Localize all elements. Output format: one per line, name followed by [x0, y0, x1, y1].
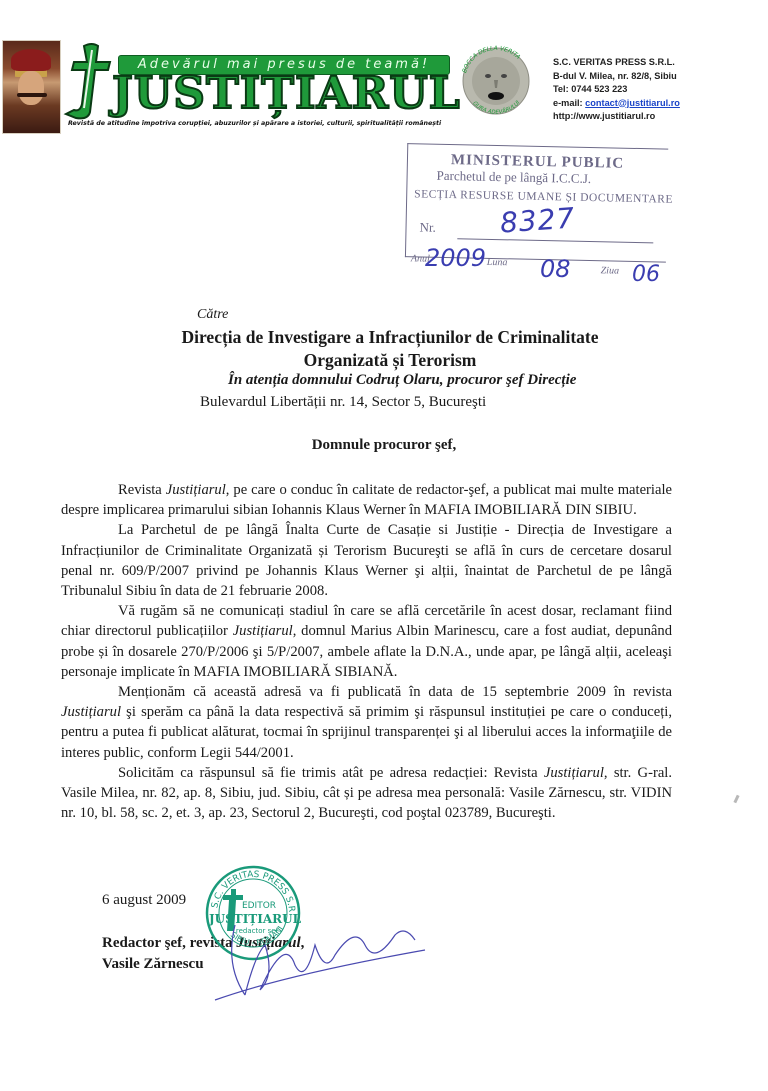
recipient-institution: Direcția de Investigare a Infracțiunilor… — [150, 326, 630, 372]
attention-line: În atenția domnului Codruț Olaru, procur… — [228, 372, 576, 389]
company-address: B-dul V. Milea, nr. 82/8, Sibiu — [553, 70, 680, 84]
masthead-title: JUSTIȚIARUL — [112, 68, 461, 120]
company-phone: Tel: 0744 523 223 — [553, 83, 680, 97]
handwritten-day: 06 — [632, 262, 660, 287]
recipient-address: Bulevardul Libertății nr. 14, Sector 5, … — [200, 394, 486, 411]
signature-name: Vasile Zărnescu — [102, 956, 204, 973]
paragraph: Menționăm că această adresă va fi public… — [61, 682, 672, 763]
paragraph: Vă rugăm să ne comunicați stadiul în car… — [61, 601, 672, 682]
letter-date: 6 august 2009 — [102, 892, 186, 909]
masthead-tagline: Revistă de atitudine împotriva corupției… — [68, 120, 441, 127]
vlad-portrait-image — [2, 40, 61, 134]
scan-speck — [733, 795, 739, 804]
email-link[interactable]: contact@justitiarul.ro — [585, 98, 680, 108]
portrait-hat — [11, 49, 51, 71]
to-label: Către — [197, 307, 228, 323]
bocca-della-verita-emblem-icon: BOCCA DELLA VERITA GURA ADEVĂRULUI — [455, 40, 537, 122]
company-contact-block: S.C. VERITAS PRESS S.R.L. B-dul V. Milea… — [553, 56, 680, 124]
stamp-nr-label: Nr. — [419, 219, 436, 235]
handwritten-month: 08 — [540, 255, 571, 283]
stamp-month-label: Luna — [487, 257, 508, 268]
recipient-line-1: Direcția de Investigare a Infracțiunilor… — [150, 326, 630, 349]
recipient-line-2: Organizată și Terorism — [150, 349, 630, 372]
sword-cross-logo-icon — [62, 42, 114, 120]
stamp-prosecutor-office: Parchetul de pe lângă I.C.C.J. — [436, 168, 591, 187]
stamp-day-label: Ziua — [601, 265, 620, 276]
company-email-row: e-mail: contact@justitiarul.ro — [553, 97, 680, 111]
portrait-mustache — [17, 93, 47, 97]
email-label: e-mail: — [553, 98, 585, 108]
letter-body: Revista Justițiarul, pe care o conduc în… — [61, 480, 672, 823]
company-website[interactable]: http://www.justitiarul.ro — [553, 110, 680, 124]
paragraph: Solicităm ca răspunsul să fie trimis atâ… — [61, 763, 672, 824]
company-name: S.C. VERITAS PRESS S.R.L. — [553, 56, 680, 70]
handwritten-registry-number: 8327 — [499, 201, 576, 239]
handwritten-signature — [205, 905, 445, 1005]
portrait-face — [18, 71, 44, 105]
greeting: Domnule procuror şef, — [0, 437, 768, 454]
paragraph: Revista Justițiarul, pe care o conduc în… — [61, 480, 672, 520]
handwritten-year: 2009 — [425, 244, 486, 272]
paragraph: La Parchetul de pe lângă Înalta Curte de… — [61, 520, 672, 601]
